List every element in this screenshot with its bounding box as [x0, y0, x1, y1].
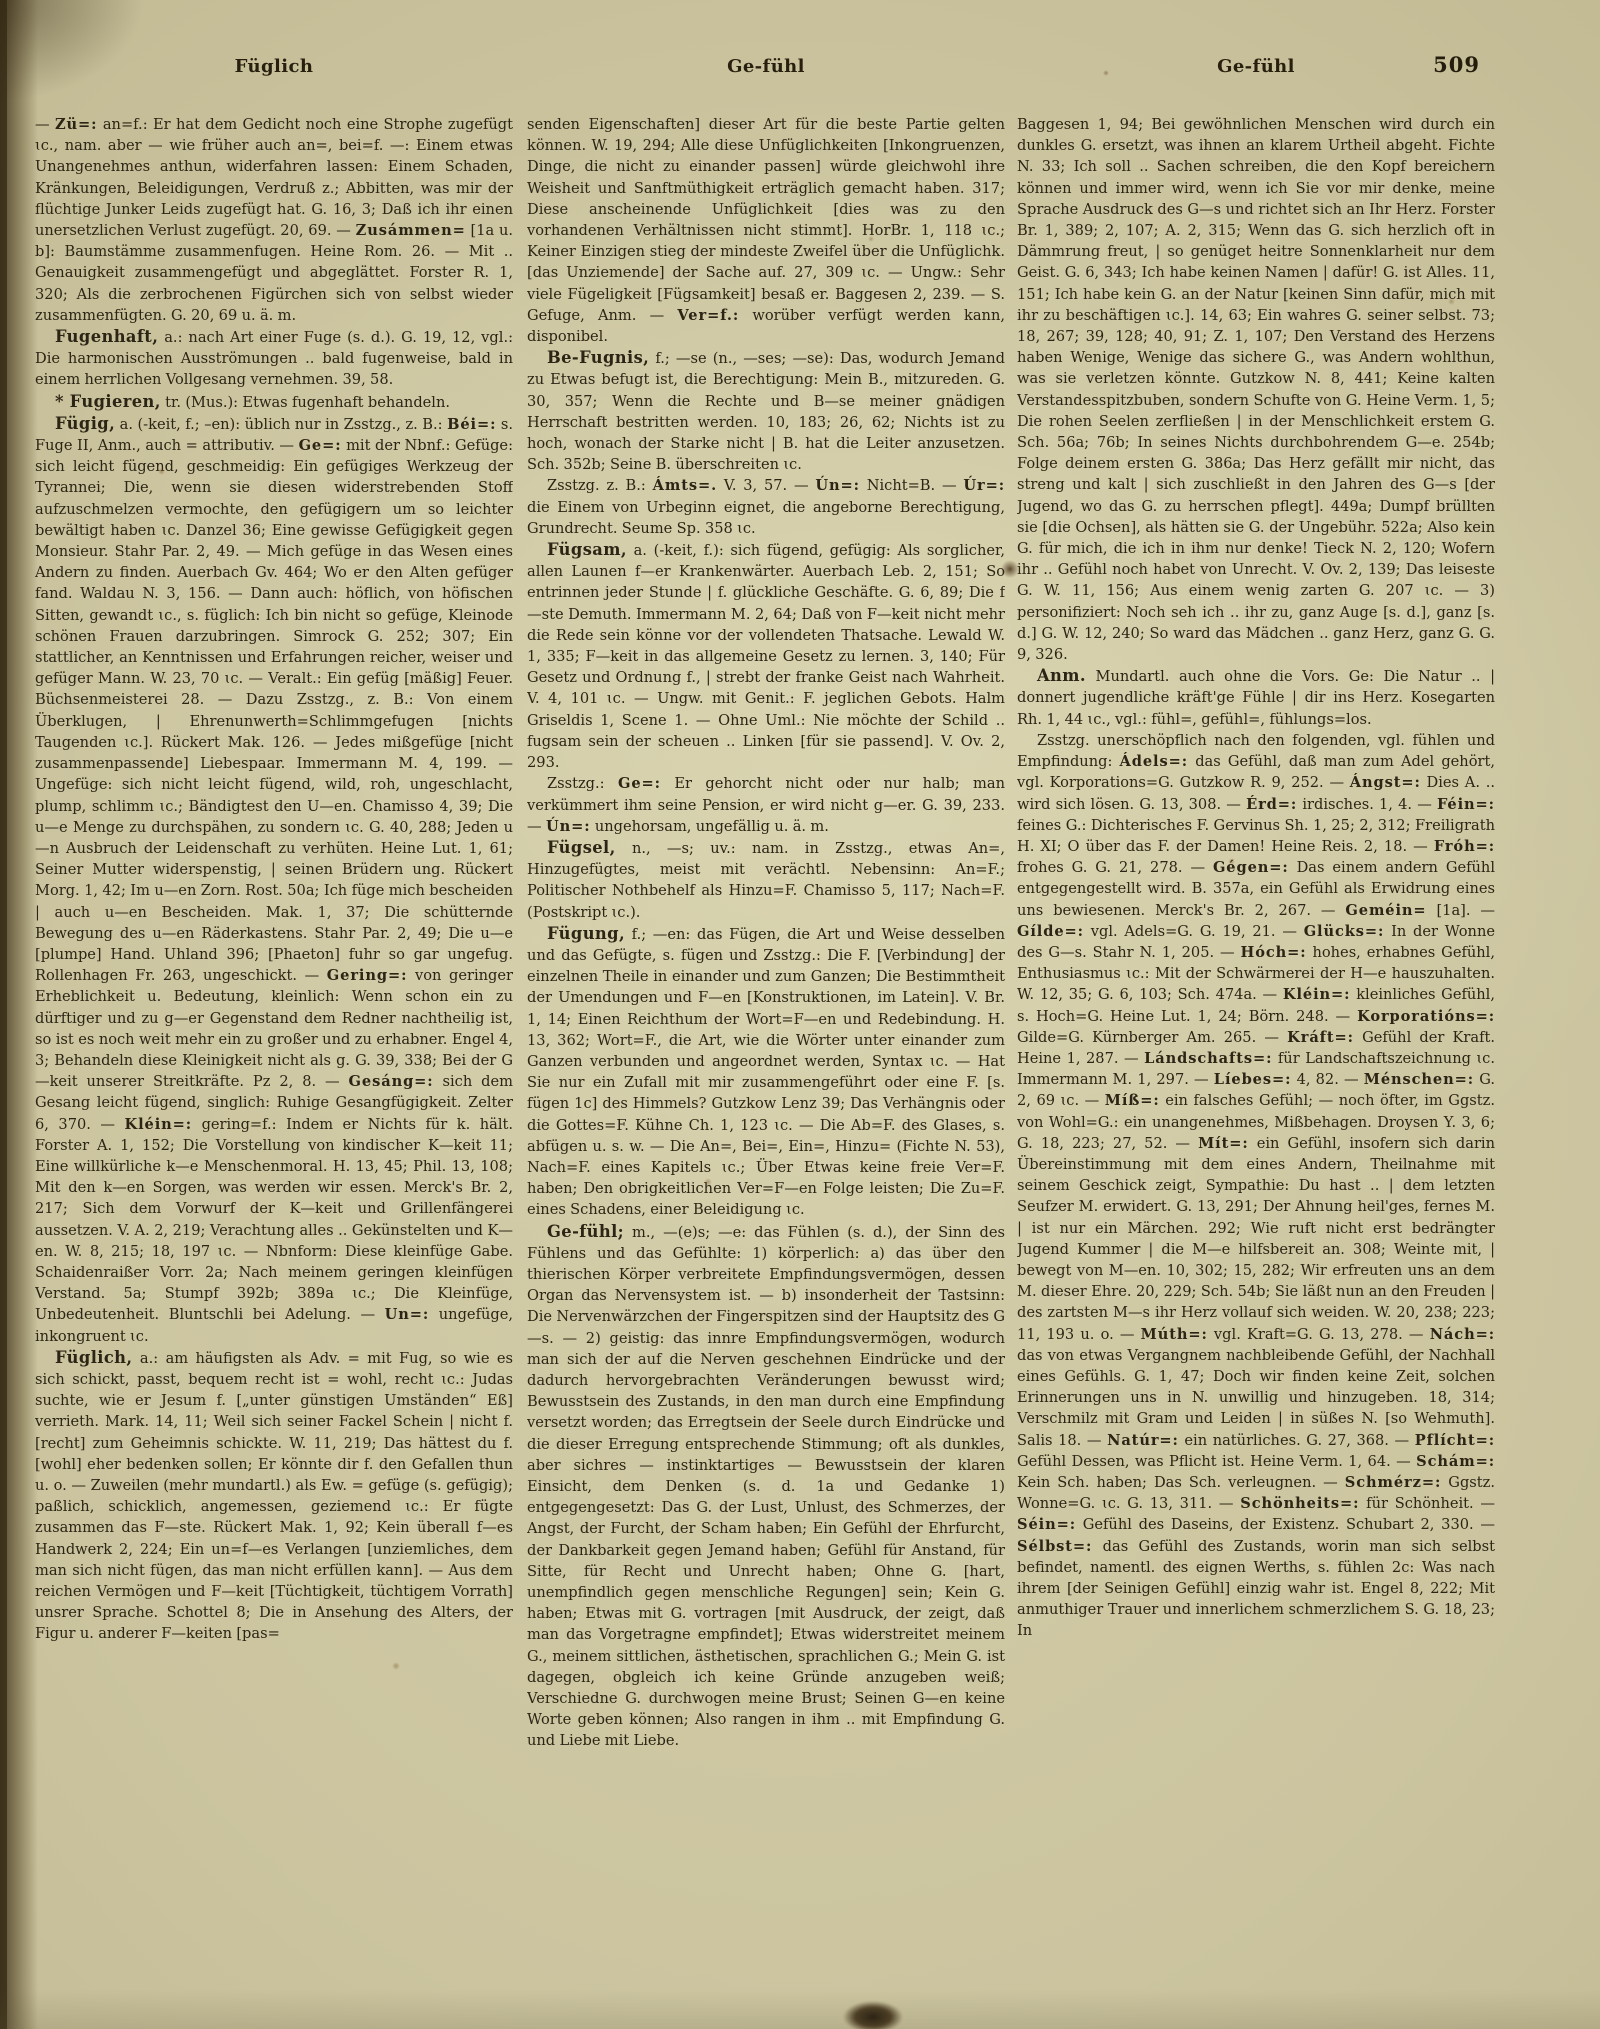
compound-headword: Líebes=: — [1214, 1071, 1292, 1088]
paragraph: * Fugieren, tr. (Mus.): Etwas fugenhaft … — [35, 391, 513, 413]
headword: Fügsel, — [547, 838, 616, 857]
ink-blot — [1001, 560, 1019, 578]
foxing-spot — [1103, 70, 1109, 76]
paragraph: Be-Fugnis, f.; —se (n., —ses; —se): Das,… — [527, 347, 1005, 475]
foxing-spot — [392, 1662, 400, 1670]
text-column-left: — Zü=: an=f.: Er hat dem Gedicht noch ei… — [35, 114, 513, 1918]
compound-headword: Sélbst=: — [1017, 1538, 1092, 1555]
running-head-center: Ge-fühl — [527, 56, 1005, 82]
compound-headword: Múth=: — [1141, 1326, 1208, 1343]
compound-headword: Ún=: — [546, 818, 591, 835]
headword: Füglich, — [55, 1348, 132, 1367]
compound-headword: Schönheits=: — [1240, 1495, 1359, 1512]
compound-headword: Féin=: — [1437, 796, 1495, 813]
paragraph: Fügsel, n., —s; uv.: nam. in Zsstzg., et… — [527, 837, 1005, 923]
compound-headword: Korporatións=: — [1357, 1008, 1495, 1025]
compound-headword: Kléin=: — [1283, 986, 1351, 1003]
compound-headword: Zusámmen= — [356, 222, 466, 239]
paragraph: Baggesen 1, 94; Bei gewöhnlichen Mensche… — [1017, 114, 1495, 665]
compound-headword: Ménschen=: — [1364, 1071, 1474, 1088]
compound-headword: Natúr=: — [1107, 1432, 1179, 1449]
page-number: 509 — [1385, 52, 1480, 77]
foxing-spot — [704, 1178, 712, 1186]
compound-headword: Un=: — [385, 1306, 430, 1323]
headword: Ge-fühl; — [547, 1222, 624, 1241]
compound-headword: Ge=: — [618, 775, 661, 792]
paragraph: Anm. Mundartl. auch ohne die Vors. Ge: D… — [1017, 665, 1495, 730]
headword: Fügung, — [547, 924, 625, 943]
compound-headword: Ge=: — [299, 437, 342, 454]
headword: Fügig, — [55, 414, 115, 433]
page-bottom-shade — [0, 1989, 1600, 2029]
paragraph: Füglich, a.: am häufigsten als Adv. = mi… — [35, 1347, 513, 1645]
compound-headword: Kráft=: — [1287, 1029, 1354, 1046]
foxing-spot — [1448, 298, 1455, 305]
compound-headword: Míß=: — [1105, 1092, 1160, 1109]
compound-headword: Schmérz=: — [1345, 1474, 1441, 1491]
compound-headword: Lándschafts=: — [1144, 1050, 1272, 1067]
compound-headword: Geméin= — [1345, 902, 1426, 919]
compound-headword: Ún=: — [815, 477, 860, 494]
compound-headword: Séin=: — [1017, 1516, 1076, 1533]
paragraph: senden Eigenschaften] dieser Art für die… — [527, 114, 1005, 347]
compound-headword: Fróh=: — [1434, 838, 1495, 855]
compound-headword: Ámts=. — [653, 477, 717, 494]
compound-headword: Kléin=: — [124, 1116, 192, 1133]
foxing-spot — [1228, 858, 1235, 865]
headword: Fügsam, — [547, 540, 627, 559]
running-head-left: Füglich — [35, 56, 513, 82]
compound-headword: Béi=: — [447, 416, 496, 433]
text-column-center: senden Eigenschaften] dieser Art für die… — [527, 114, 1005, 1918]
compound-headword: Gégen=: — [1213, 859, 1289, 876]
compound-headword: Pflícht=: — [1415, 1432, 1495, 1449]
foxing-spot — [868, 236, 874, 242]
paragraph: Zsstzg. z. B.: Ámts=. V. 3, 57. — Ún=: N… — [527, 475, 1005, 539]
compound-headword: Nách=: — [1430, 1326, 1495, 1343]
compound-headword: Hóch=: — [1241, 944, 1307, 961]
headword: Anm. — [1037, 666, 1086, 685]
scan-smudge — [843, 2001, 903, 2029]
paragraph: Zsstzg.: Ge=: Er gehorcht nicht oder nur… — [527, 773, 1005, 837]
paragraph: — Zü=: an=f.: Er hat dem Gedicht noch ei… — [35, 114, 513, 326]
foxing-spot — [158, 468, 165, 475]
headword: * Fugieren, — [55, 392, 161, 411]
paragraph: Zsstzg. unerschöpflich nach den folgende… — [1017, 730, 1495, 1642]
compound-headword: Mít=: — [1198, 1135, 1249, 1152]
paragraph: Fügsam, a. (-keit, f.): sich fügend, gef… — [527, 539, 1005, 773]
compound-headword: Ver=f.: — [677, 307, 739, 324]
paragraph: Fügig, a. (-keit, f.; –en): üblich nur i… — [35, 413, 513, 1347]
compound-headword: Zü=: — [55, 116, 97, 133]
compound-headword: Ángst=: — [1350, 774, 1421, 791]
headword: Fugenhaft, — [55, 327, 158, 346]
compound-headword: Gering=: — [327, 967, 408, 984]
compound-headword: Gesáng=: — [349, 1073, 434, 1090]
compound-headword: Gílde=: — [1017, 923, 1084, 940]
compound-headword: Ádels=: — [1120, 753, 1189, 770]
text-column-right: Baggesen 1, 94; Bei gewöhnlichen Mensche… — [1017, 114, 1495, 1918]
compound-headword: Érd=: — [1246, 796, 1297, 813]
paragraph: Fugenhaft, a.: nach Art einer Fuge (s. d… — [35, 326, 513, 391]
foxing-spot — [1120, 1520, 1127, 1527]
book-binding-edge — [0, 0, 7, 2029]
paragraph: Fügung, f.; —en: das Fügen, die Art und … — [527, 923, 1005, 1221]
compound-headword: Schám=: — [1416, 1453, 1495, 1470]
compound-headword: Glücks=: — [1304, 923, 1385, 940]
headword: Be-Fugnis, — [547, 348, 649, 367]
dictionary-page: { "header": { "left": "Füglich", "center… — [0, 0, 1600, 2029]
paragraph: Ge-fühl; m., —(e)s; —e: das Fühlen (s. d… — [527, 1221, 1005, 1752]
compound-headword: Úr=: — [963, 477, 1005, 494]
